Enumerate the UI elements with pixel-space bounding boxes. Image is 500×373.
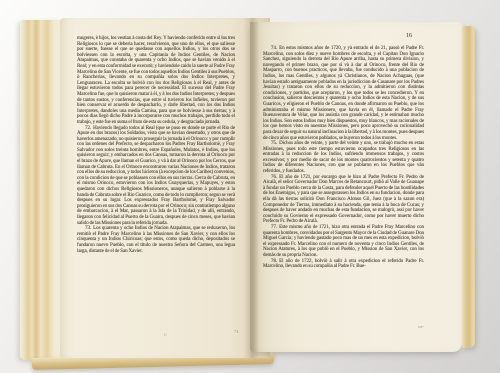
catchword: 74. [234,329,240,334]
paragraph-number: 72. [85,126,93,131]
right-fore-edge [462,26,475,348]
paragraph: 76.El año de 1721, por encargo que le hi… [263,175,424,225]
left-page: mugeres, è hijos, los vestian à costa de… [60,18,270,358]
paragraph-text: El año de 1722, bolviò à salir à otra ex… [263,259,424,270]
paragraph: 73.Los quarenta y ocho Indios de Nacion … [77,226,235,254]
open-book: mugeres, è hijos, los vestian à costa de… [20,8,476,366]
paragraph: 75.Dichos años de veinte, y parte del ve… [263,141,424,175]
paragraph: 77.Este mismo año de 1721, hizo otra ent… [263,225,424,259]
paragraph-text: Los quarenta y ocho Indios de Nacion Ata… [77,226,235,253]
catchword: na- [418,324,424,329]
paragraph-number: 78. [271,259,279,264]
page-number: 16 [406,33,412,39]
right-page: 16 74.En estos mismos años de 1720, y yà… [250,22,462,352]
paragraph-number: 75. [271,141,279,146]
paragraph-number: 76. [271,175,279,180]
paragraph-text: Este mismo año de 1721, hizo otra entrad… [263,225,424,258]
paragraph-number: 74. [271,46,279,51]
paragraph: 72.Haviendo llegado todos al Real (que s… [77,126,235,227]
photo-background: mugeres, è hijos, los vestian à costa de… [0,0,500,373]
paragraph-text: Dichos años de veinte, y parte del veint… [263,141,424,174]
paragraph: mugeres, è hijos, los vestian à costa de… [77,36,235,126]
paragraph: 78.El año de 1722, bolviò à salir à otra… [263,259,424,270]
paragraph-text: En estos mismos años de 1720, y yà entra… [263,46,424,141]
paragraph-text: El año de 1721, por encargo que le hizo … [263,175,424,225]
paragraph: 74.En estos mismos años de 1720, y yà en… [263,46,424,141]
book-gutter [243,18,259,358]
paragraph-number: 77. [271,225,279,230]
paragraph-text: Haviendo llegado todos al Real (que se p… [77,126,235,226]
right-page-text: 74.En estos mismos años de 1720, y yà en… [263,46,424,270]
left-page-text: mugeres, è hijos, los vestian à costa de… [77,36,235,254]
paragraph-number: 73. [85,226,93,231]
signature-mark: C [164,332,167,337]
paragraph-text: mugeres, è hijos, los vestian à costa de… [77,36,235,125]
